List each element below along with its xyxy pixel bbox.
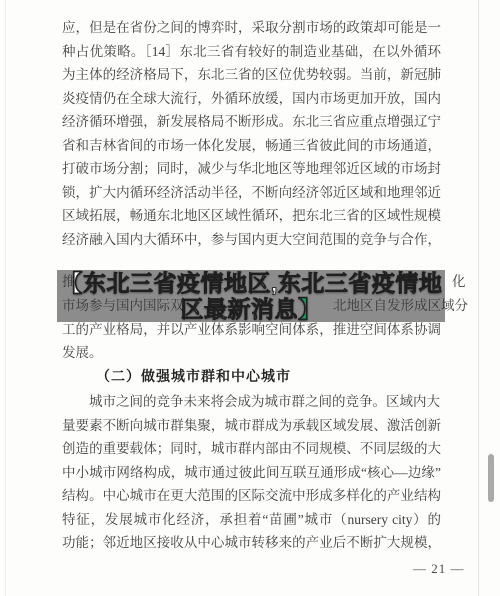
text-line: 省和吉林省间的市场一体化发展，畅通三省彼此间的市场通道，: [62, 134, 441, 158]
text-line: 中小城市网络构成，城市通过彼此间互联互通形成“核心—边缘”: [62, 461, 441, 485]
text-line: 功能；邻近地区接收从中心城市转移来的产业后不断扩大规模，: [62, 531, 441, 555]
overlay-title-line2-white: 区最新: [181, 296, 252, 322]
document-page: 应，但是在省份之间的博弈时，采取分割市场的政策却可能是一 种占优策略。［14］东…: [0, 0, 500, 596]
overlay-title-text[interactable]: 【东北三省疫情地区,东北三省疫情地 区最新消息】: [57, 270, 445, 322]
section-heading: （二）做强城市群和中心城市: [96, 366, 291, 390]
overlay-title-banner[interactable]: 【东北三省疫情地区,东北三省疫情地 区最新消息】: [57, 270, 445, 322]
text-line: 经济循环增强，新发展格局不断形成。东北三省应重点增强辽宁: [62, 110, 441, 134]
paragraph-2: 城市之间的竞争未来将会成为城市群之间的竞争。区域内大 量要素不断向城市群集聚，城…: [62, 390, 441, 555]
text-line: 特征，发展城市化经济，承担着“苗圃”城市（nursery city）的: [62, 508, 441, 532]
scrollbar-thumb[interactable]: [488, 454, 494, 502]
text-line: 经济融入国内大循环中，参与国内更大空间范围的竞争与合作，: [62, 228, 441, 252]
text-line: 城市之间的竞争未来将会成为城市群之间的竞争。区域内大: [62, 390, 441, 414]
text-line: 打破市场分割；同时，减少与华北地区等地理邻近区域的市场封: [62, 157, 441, 181]
page-left-edge: [5, 0, 6, 596]
page-number: — 21 —: [413, 561, 465, 577]
text-line: 发展。: [62, 341, 103, 365]
text-line: 结构。中心城市在更大范围的区际交流中形成多样化的产业结构: [62, 484, 441, 508]
text-line: 种占优策略。［14］东北三省有较好的制造业基础，在以外循环: [62, 40, 441, 64]
text-line: 创造的重要载体；同时，城市群内部由不同规模、不同层级的大: [62, 437, 441, 461]
text-line: 应，但是在省份之间的博弈时，采取分割市场的政策却可能是一: [62, 16, 441, 40]
text-line: 为主体的经济格局下，东北三省的区位优势较弱。当前，新冠肺: [62, 63, 441, 87]
paragraph-1: 应，但是在省份之间的博弈时，采取分割市场的政策却可能是一 种占优策略。［14］东…: [62, 16, 441, 251]
text-line: 量要素不断向城市群集聚，城市群成为承载区域发展、激活创新: [62, 414, 441, 438]
text-line: 区域拓展，畅通东北地区区域性循环，把东北三省的区域性规模: [62, 204, 441, 228]
text-line: 锁，扩大内循环经济活动半径，不断向经济邻近区域和地理邻近: [62, 181, 441, 205]
overlay-title-line1: 【东北三省疫情地区,东北三省疫情地: [60, 270, 443, 296]
page-right-edge: [478, 0, 479, 596]
ghost-text-fragment: 化: [452, 270, 466, 294]
overlay-title-line2-green: 消息】: [251, 296, 322, 322]
text-line: 炎疫情仍在全球大流行，外循环放缓，国内市场更加开放，国内: [62, 87, 441, 111]
